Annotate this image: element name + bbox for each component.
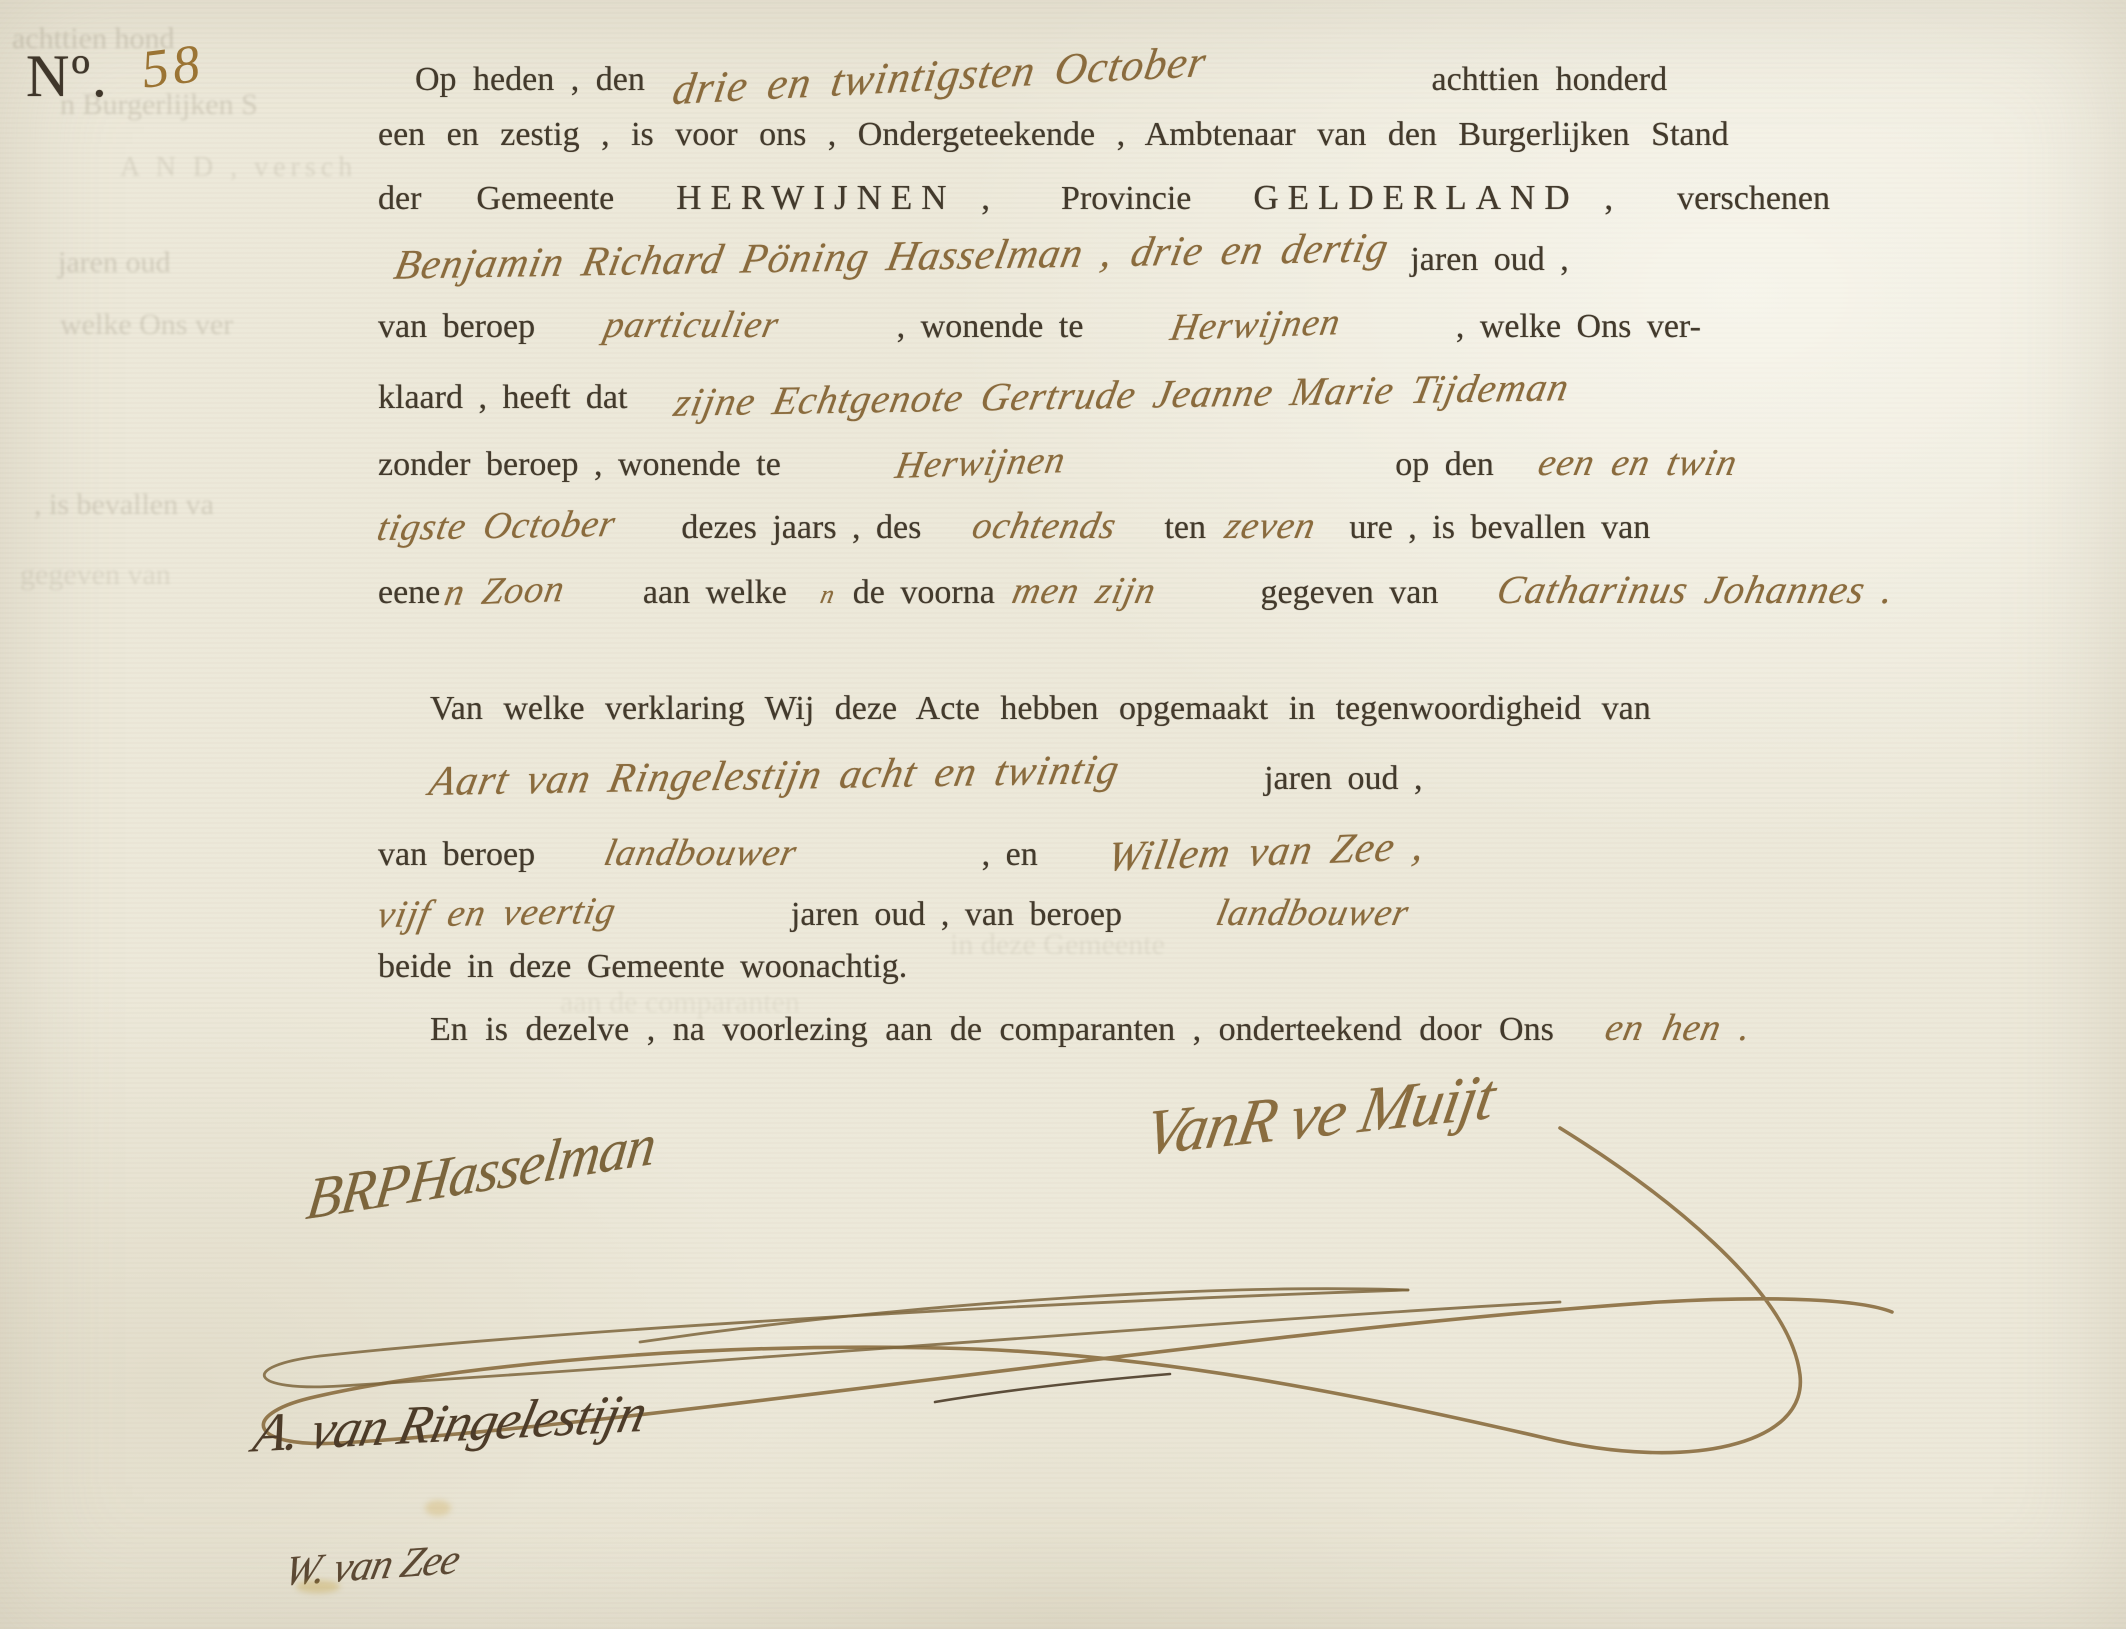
printed-text: Op heden , den — [415, 61, 645, 98]
printed-text: een en zestig , is voor ons , Ondergetee… — [378, 116, 1729, 153]
line-witness1-name-age: Aart van Ringelestijn acht en twintigjar… — [430, 752, 1423, 800]
printed-text: , wonende te — [897, 308, 1084, 345]
line-declarant-occupation-residence: van beroepparticulier, wonende teHerwijn… — [378, 303, 1701, 347]
declarant-flourish-lower — [264, 1290, 1560, 1387]
printed-text: eene — [378, 574, 440, 611]
bleedthrough-text: n Burgerlijken S — [60, 88, 258, 122]
witness1-flourish — [935, 1374, 1170, 1402]
line-closing: En is dezelve , na voorlezing aan de com… — [430, 1006, 1751, 1050]
printed-text: GELDERLAND , — [1253, 178, 1622, 217]
handwritten-text: landbouwer — [1212, 891, 1413, 935]
bleedthrough-text: , is bevallen va — [34, 488, 214, 522]
printed-text: En is dezelve , na voorlezing aan de com… — [430, 1011, 1554, 1048]
printed-text: ure , is bevallen van — [1349, 509, 1650, 546]
handwritten-text: Catharinus Johannes . — [1493, 566, 1899, 613]
signature-declarant: BRPHasselman — [303, 1109, 659, 1233]
declarant-flourish-upper — [640, 1289, 1408, 1342]
printed-text: der — [378, 180, 421, 217]
printed-text: van beroep — [378, 308, 535, 345]
line-declarant-name-age: Benjamin Richard Pöning Hasselman , drie… — [395, 233, 1569, 281]
printed-text: jaren oud , — [1410, 241, 1568, 278]
printed-text: klaard , heeft dat — [378, 379, 627, 416]
line-spouse-residence-date: zonder beroep , wonende teHerwijnenop de… — [378, 441, 1737, 485]
line-witnesses-residence: beide in deze Gemeente woonachtig. — [378, 948, 907, 986]
printed-text: van beroep — [378, 836, 535, 873]
bleedthrough-text: welke Ons ver — [60, 308, 233, 342]
handwritten-text: zeven — [1221, 504, 1320, 548]
printed-text: jaren oud , van beroep — [791, 896, 1122, 933]
handwritten-text: zijne Echtgenote Gertrude Jeanne Marie T… — [671, 363, 1574, 426]
printed-text: op den — [1395, 446, 1494, 483]
line-witness-intro: Van welke verklaring Wij deze Acte hebbe… — [430, 690, 1651, 728]
line-opening-date: Op heden , dendrie en twintigsten Octobe… — [415, 50, 1667, 101]
line-child-gender-names: eenen Zoonaan welkende voornamen zijngeg… — [378, 566, 1895, 613]
printed-text: verschenen — [1677, 180, 1830, 217]
handwritten-text: tigste October — [374, 502, 620, 550]
printed-text: jaren oud , — [1264, 760, 1422, 797]
line-witness2-age-occupation: vijf en veertigjaren oud , van beroeplan… — [378, 891, 1409, 935]
printed-text: zonder beroep , wonende te — [378, 446, 781, 483]
ink-smudge — [425, 1500, 451, 1516]
line-year-officer: een en zestig , is voor ons , Ondergetee… — [378, 116, 1729, 154]
line-municipality: derGemeenteHERWIJNEN ,ProvincieGELDERLAN… — [378, 178, 1830, 218]
ink-smudge — [296, 1580, 340, 1593]
handwritten-text: een en twin — [1534, 441, 1741, 485]
handwritten-text: particulier — [600, 303, 783, 347]
handwritten-text: Herwijnen — [1168, 300, 1345, 350]
printed-text: aan welke — [643, 574, 787, 611]
handwritten-text: men zijn — [1008, 569, 1160, 613]
printed-text: de voorna — [853, 574, 995, 611]
bleedthrough-text: A N D , versch — [120, 152, 357, 184]
handwritten-text: en hen . — [1601, 1006, 1756, 1050]
printed-text: , en — [982, 836, 1038, 873]
printed-text: HERWIJNEN , — [676, 178, 999, 217]
handwritten-text: ochtends — [969, 504, 1121, 548]
printed-text: Provincie — [1061, 180, 1191, 217]
printed-text: achttien honderd — [1432, 61, 1668, 98]
line-witness1-occupation-witness2-name: van beroeplandbouwer, enWillem van Zee , — [378, 828, 1425, 876]
line-birth-date-time: tigste Octoberdezes jaars , desochtendst… — [378, 504, 1650, 548]
line-spouse-name: klaard , heeft datzijne Echtgenote Gertr… — [378, 371, 1569, 418]
handwritten-text: Aart van Ringelestijn acht en twintig — [425, 746, 1123, 806]
printed-text: beide in deze Gemeente woonachtig. — [378, 948, 907, 985]
printed-text: Gemeente — [476, 180, 614, 217]
printed-text: , welke Ons ver- — [1456, 308, 1701, 345]
handwritten-text: Herwijnen — [892, 438, 1069, 488]
printed-text: ten — [1164, 509, 1206, 546]
signature-witness1: A. van Ringelestijn — [248, 1381, 652, 1464]
handwritten-text: Benjamin Richard Pöning Hasselman , drie… — [390, 224, 1393, 290]
bleedthrough-text: jaren oud — [58, 246, 170, 280]
signature-official: VanR ve Muijt — [1139, 1059, 1500, 1171]
printed-text: dezes jaars , des — [681, 509, 921, 546]
handwritten-text: Willem van Zee , — [1104, 822, 1429, 881]
handwritten-text: n — [818, 580, 838, 610]
printed-text: Van welke verklaring Wij deze Acte hebbe… — [430, 690, 1651, 727]
bleedthrough-text: achttien hond — [12, 22, 174, 56]
handwritten-text: drie en twintigsten October — [669, 36, 1210, 115]
scanned-birth-certificate: Nº.58 achttien hondn Burgerlijken SA N D… — [0, 0, 2126, 1629]
bleedthrough-text: gegeven van — [20, 558, 171, 592]
handwritten-text: landbouwer — [600, 831, 801, 875]
handwritten-text: n Zoon — [441, 567, 568, 615]
printed-text: gegeven van — [1261, 574, 1439, 611]
handwritten-text: vijf en veertig — [374, 889, 620, 937]
